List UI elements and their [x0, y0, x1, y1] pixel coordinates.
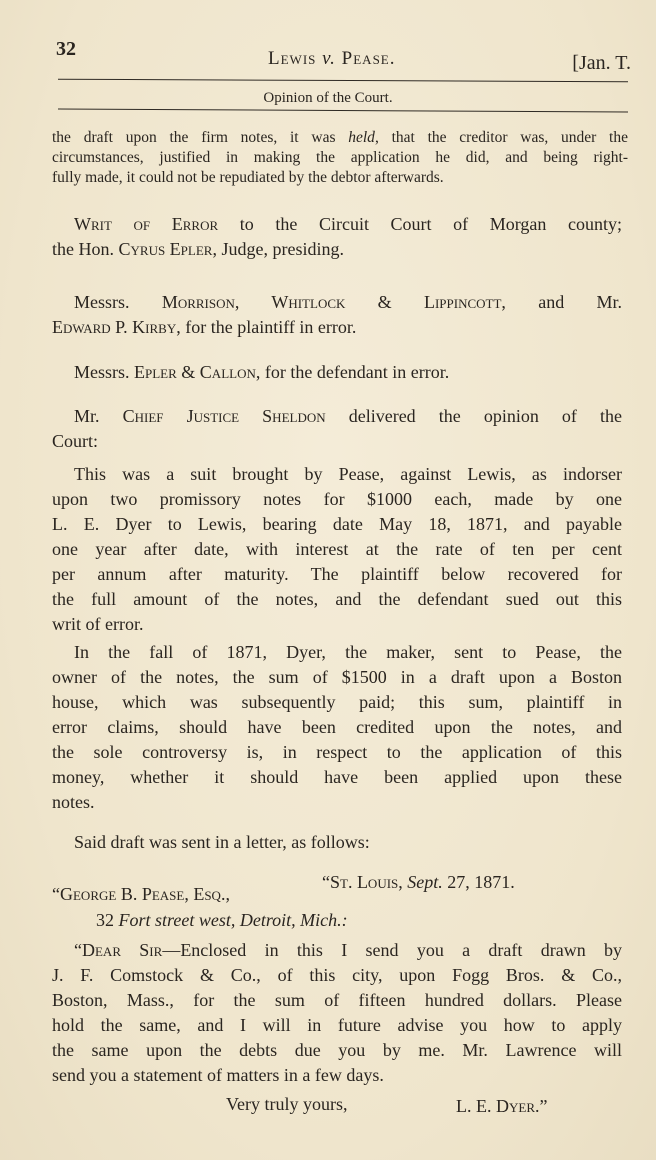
- syllabus: the draft upon the firm notes, it was he…: [52, 128, 628, 188]
- counsel-plaintiff-line-1: Messrs. Morrison, Whitlock & Lippincott,…: [52, 290, 622, 315]
- mr: Mr.: [74, 406, 100, 426]
- plaintiff-role: , for the plaintiff in error.: [176, 317, 356, 337]
- term-label: [Jan. T.: [572, 52, 631, 75]
- running-title: Lewis v. Pease.: [268, 48, 396, 70]
- paragraph-line: per annum after maturity. The plaintiff …: [52, 562, 622, 587]
- judge-name: Cyrus Epler: [119, 239, 213, 259]
- held-emphasis: held: [348, 129, 375, 146]
- counsel-plaintiff-line-2: Edward P. Kirby, for the plaintiff in er…: [52, 315, 622, 340]
- syllabus-line: circumstances, justified in making the a…: [52, 148, 628, 168]
- writ-of-error: Writ of Error to the Circuit Court of Mo…: [52, 212, 622, 262]
- letter-place: “St. Louis,: [322, 872, 403, 892]
- paragraph-line: owner of the notes, the sum of $1500 in …: [52, 665, 622, 690]
- address-street: Fort street west, Detroit, Mich.:: [119, 910, 348, 930]
- paragraph-line: Said draft was sent in a letter, as foll…: [52, 830, 622, 855]
- running-header: 32 Lewis v. Pease. [Jan. T.: [56, 38, 631, 78]
- letter-month: Sept.: [407, 872, 443, 892]
- opinion-paragraph-3: Said draft was sent in a letter, as foll…: [52, 830, 622, 855]
- letter-address: 32 Fort street west, Detroit, Mich.:: [96, 910, 348, 931]
- messrs: Messrs.: [74, 292, 130, 312]
- header-rule-top: [58, 79, 628, 82]
- case-party-b: Pease.: [342, 48, 396, 69]
- book-page: 32 Lewis v. Pease. [Jan. T. Opinion of t…: [0, 0, 656, 1160]
- opinion-intro-line-2: Court:: [52, 429, 622, 454]
- letter-line: “Dear Sir—Enclosed in this I send you a …: [52, 938, 622, 963]
- paragraph-line: error claims, should have been credited …: [52, 715, 622, 740]
- letter-body: “Dear Sir—Enclosed in this I send you a …: [52, 938, 622, 1088]
- delivered-text: delivered the opinion of the: [349, 406, 622, 426]
- opinion-intro: Mr. Chief Justice Sheldon delivered the …: [52, 404, 622, 454]
- letter-line: Boston, Mass., for the sum of fifteen hu…: [52, 988, 622, 1013]
- writ-lead: Writ of Error: [74, 214, 218, 234]
- writ-line-2: the Hon. Cyrus Epler, Judge, presiding.: [52, 237, 622, 262]
- paragraph-line: In the fall of 1871, Dyer, the maker, se…: [52, 640, 622, 665]
- writ-hon: the Hon.: [52, 239, 114, 259]
- letter-dateline: “St. Louis, Sept. 27, 1871.: [322, 872, 515, 893]
- defendant-firm: Epler & Callon: [134, 362, 256, 382]
- paragraph-line: the sole controversy is, in respect to t…: [52, 740, 622, 765]
- syllabus-line: the draft upon the firm notes, it was he…: [52, 128, 628, 148]
- paragraph-line: This was a suit brought by Pease, agains…: [52, 462, 622, 487]
- letter-line: the same upon the debts due you by me. M…: [52, 1038, 622, 1063]
- paragraph-line: the full amount of the notes, and the de…: [52, 587, 622, 612]
- letter-date: 27, 1871.: [447, 872, 515, 892]
- case-party-a: Lewis: [268, 48, 316, 69]
- letter-signature: L. E. Dyer.”: [456, 1096, 547, 1117]
- paragraph-line: upon two promissory notes for $1000 each…: [52, 487, 622, 512]
- writ-court: to the Circuit Court of Morgan county;: [240, 214, 622, 234]
- justice-name: Chief Justice Sheldon: [123, 406, 326, 426]
- paragraph-line: writ of error.: [52, 612, 622, 637]
- plaintiff-firm: Morrison, Whitlock & Lippincott,: [162, 292, 506, 312]
- letter-addressee: “George B. Pease, Esq.,: [52, 884, 230, 905]
- opinion-paragraph-2: In the fall of 1871, Dyer, the maker, se…: [52, 640, 622, 815]
- versus: v.: [322, 48, 336, 69]
- counsel-defendant-line: Messrs. Epler & Callon, for the defendan…: [52, 360, 622, 385]
- letter-closing: Very truly yours,: [226, 1094, 347, 1115]
- counsel-defendant: Messrs. Epler & Callon, for the defendan…: [52, 360, 622, 385]
- letter-line: hold the same, and I will in future advi…: [52, 1013, 622, 1038]
- paragraph-line: notes.: [52, 790, 622, 815]
- counsel-plaintiff: Messrs. Morrison, Whitlock & Lippincott,…: [52, 290, 622, 340]
- and-mr: and Mr.: [538, 292, 622, 312]
- messrs: Messrs.: [74, 362, 130, 382]
- plaintiff-attorney: Edward P. Kirby: [52, 317, 176, 337]
- defendant-role: , for the defendant in error.: [256, 362, 449, 382]
- paragraph-line: L. E. Dyer to Lewis, bearing date May 18…: [52, 512, 622, 537]
- section-heading: Opinion of the Court.: [0, 90, 656, 107]
- paragraph-line: one year after date, with interest at th…: [52, 537, 622, 562]
- writ-presiding: , Judge, presiding.: [212, 239, 343, 259]
- address-number: 32: [96, 910, 114, 930]
- letter-salutation: “Dear Sir: [74, 940, 162, 960]
- paragraph-line: money, whether it should have been appli…: [52, 765, 622, 790]
- header-rule-bottom: [58, 109, 628, 113]
- opinion-intro-line-1: Mr. Chief Justice Sheldon delivered the …: [52, 404, 622, 429]
- paragraph-line: house, which was subsequently paid; this…: [52, 690, 622, 715]
- page-number: 32: [56, 38, 76, 61]
- opinion-paragraph-1: This was a suit brought by Pease, agains…: [52, 462, 622, 637]
- syllabus-line: fully made, it could not be repudiated b…: [52, 168, 628, 188]
- letter-line: send you a statement of matters in a few…: [52, 1063, 622, 1088]
- writ-line-1: Writ of Error to the Circuit Court of Mo…: [52, 212, 622, 237]
- letter-text: —Enclosed in this I send you a draft dra…: [162, 940, 622, 960]
- letter-line: J. F. Comstock & Co., of this city, upon…: [52, 963, 622, 988]
